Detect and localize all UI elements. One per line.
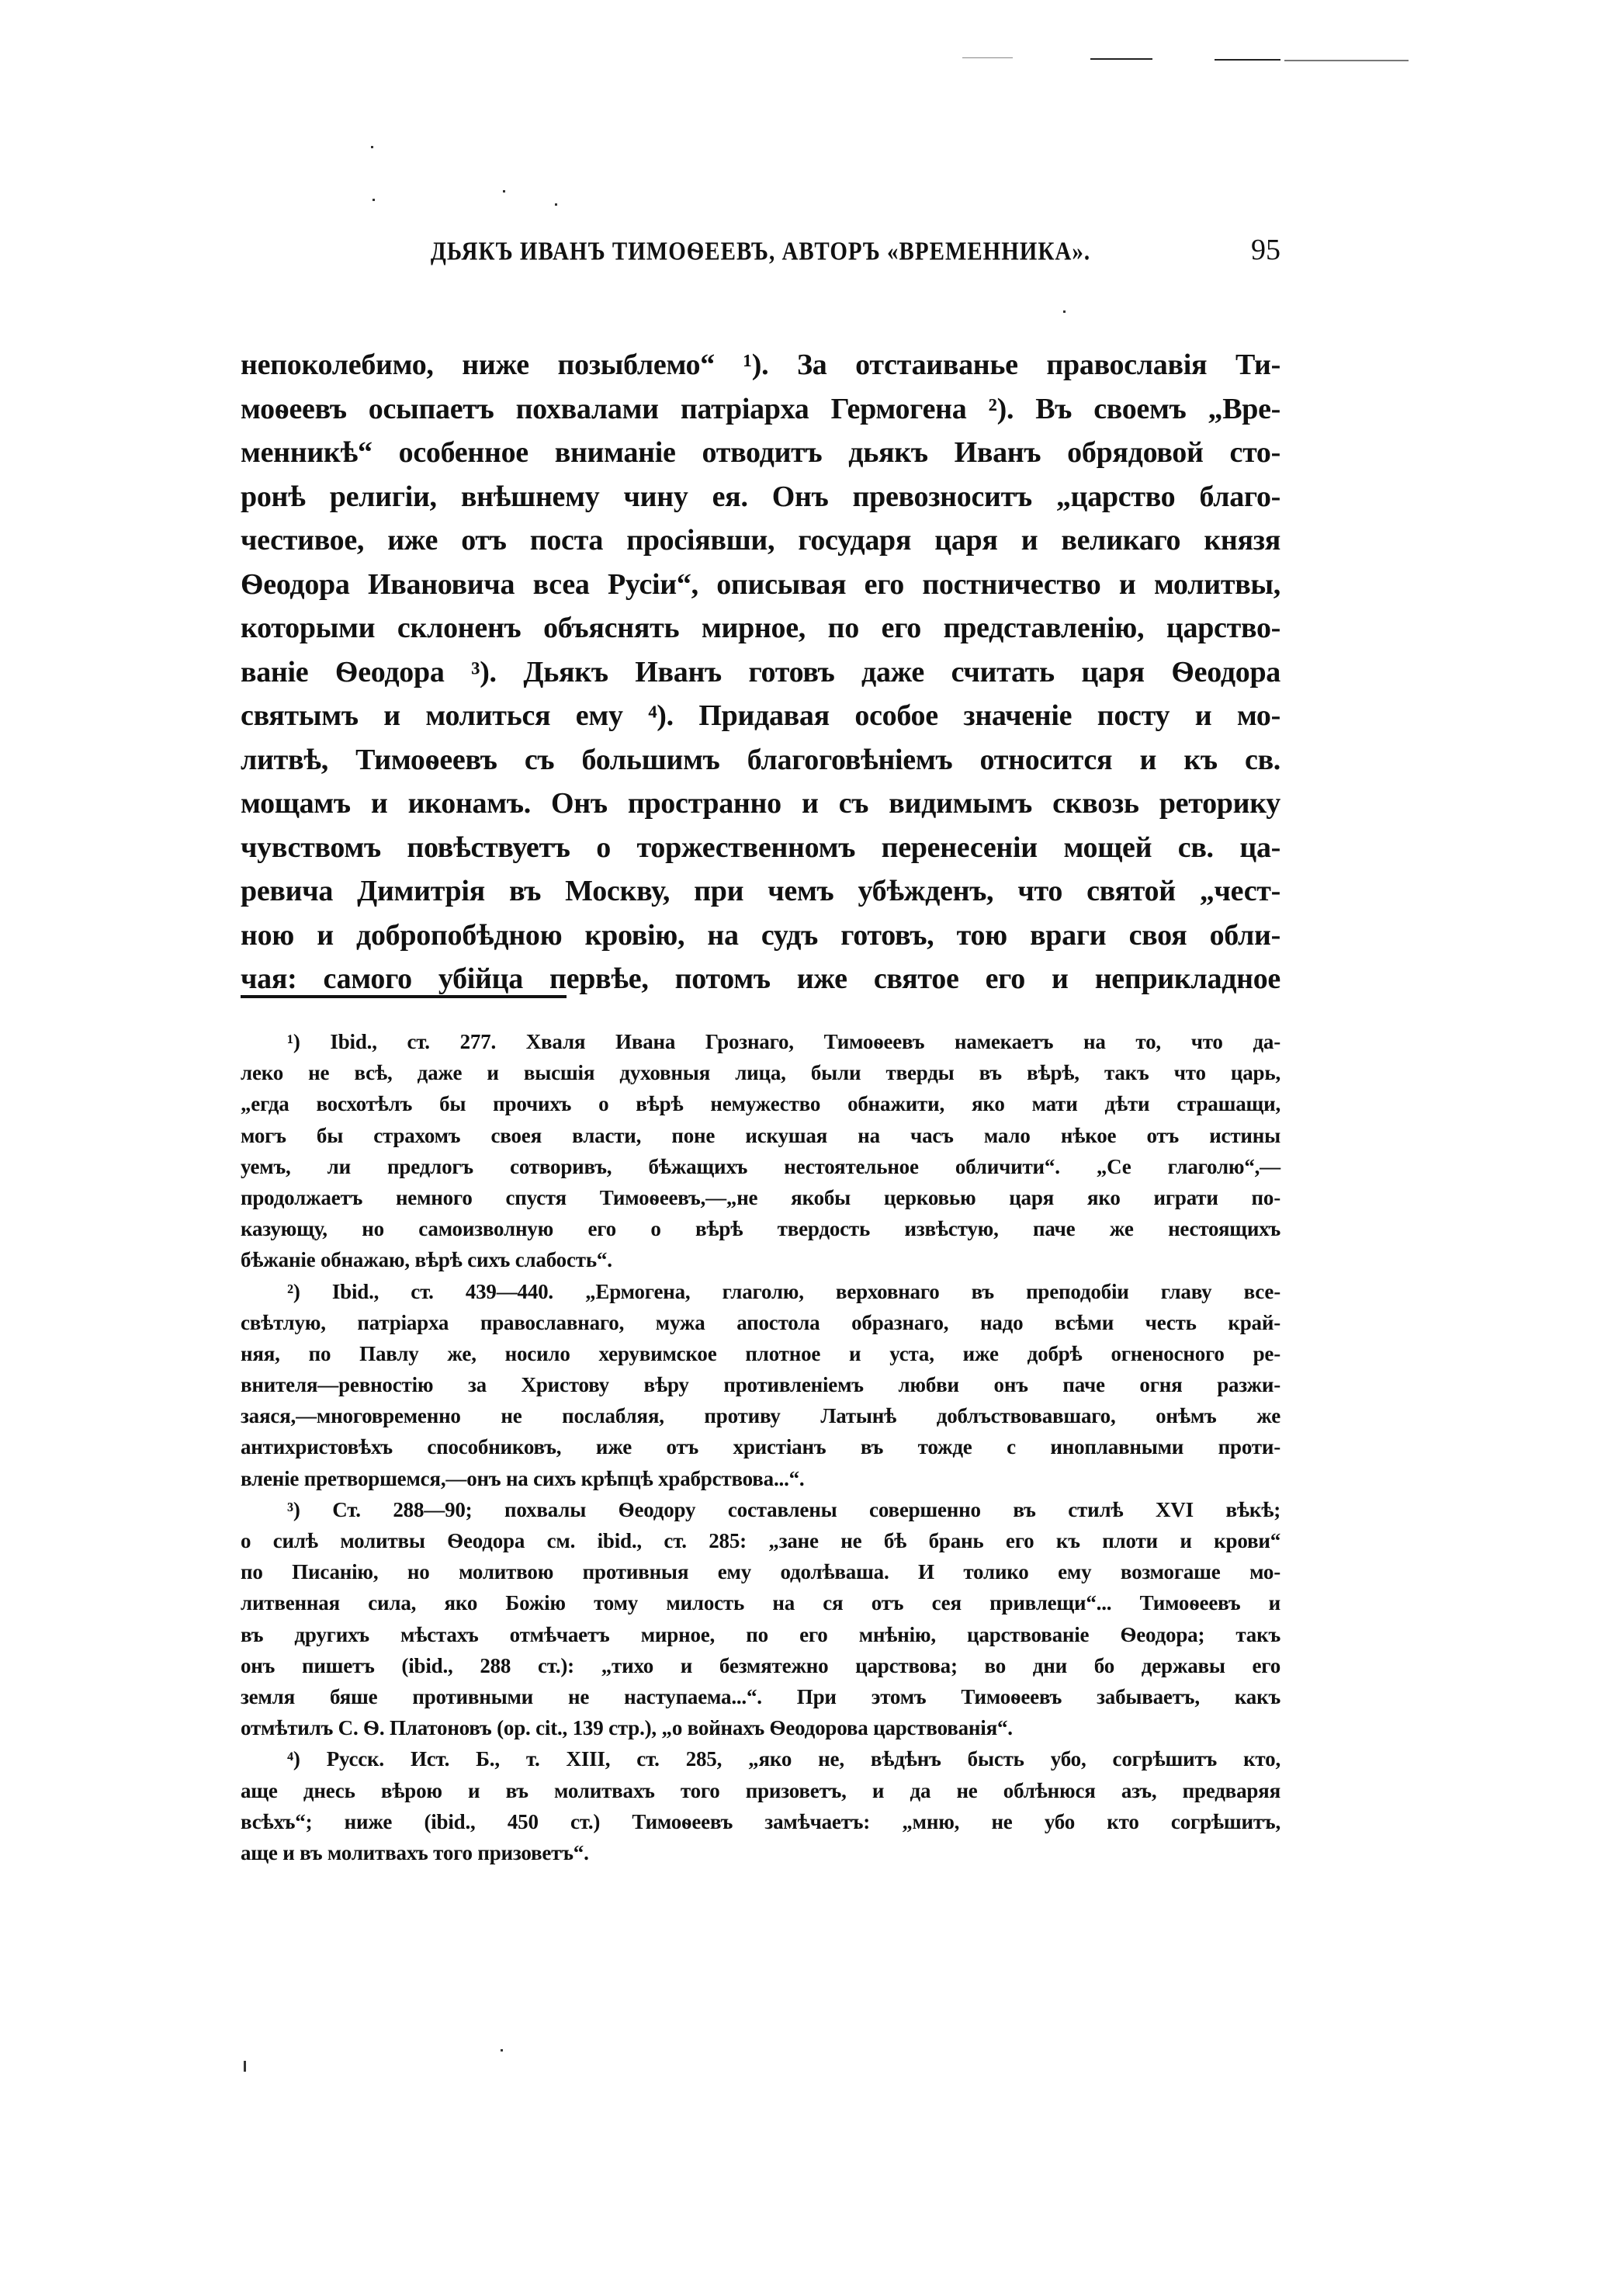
- body-line: которыми склоненъ объяснять мирное, по е…: [241, 606, 1280, 650]
- footnote-line: казующу, но самоизволную его о вѣрѣ твер…: [241, 1213, 1280, 1244]
- scan-artifact-line: [1215, 59, 1280, 61]
- footnote-2: ²) Ibid., ст. 439—440. „Ермогена, глагол…: [241, 1276, 1280, 1494]
- body-line: ваніе Ѳеодора ³). Дьякъ Иванъ готовъ даж…: [241, 650, 1280, 695]
- body-text: непоколебимо, ниже позыблемо“ ¹). За отс…: [241, 343, 1280, 1001]
- running-title: ДЬЯКЪ ИВАНЪ ТИМОѲЕЕВЪ, АВТОРЪ «ВРЕМЕННИК…: [241, 238, 1280, 267]
- body-line: ною и добропобѣдною кровію, на судъ гото…: [241, 914, 1280, 958]
- footnote-line: вленіе претворшемся,—онъ на сихъ крѣпцѣ …: [241, 1463, 1280, 1494]
- footnote-line: о силѣ молитвы Ѳеодора см. ibid., ст. 28…: [241, 1525, 1280, 1556]
- footnote-line: уемъ, ли предлогъ сотворивъ, бѣжащихъ не…: [241, 1151, 1280, 1182]
- scan-speck: [503, 190, 505, 192]
- body-line: святымъ и молиться ему ⁴). Придавая особ…: [241, 694, 1280, 738]
- footnote-1: ¹) Ibid., ст. 277. Хваля Ивана Грознаго,…: [241, 1026, 1280, 1276]
- footnote-line: продолжаетъ немного спустя Тимоѳеевъ,—„н…: [241, 1182, 1280, 1213]
- footnote-line: леко не всѣ, даже и высшія духовныя лица…: [241, 1057, 1280, 1088]
- scan-artifact-line: [1090, 58, 1152, 60]
- page-number: 95: [1251, 233, 1280, 267]
- body-line: мощамъ и иконамъ. Онъ пространно и съ ви…: [241, 782, 1280, 826]
- footnote-line: „егда восхотѣлъ бы прочихъ о вѣрѣ немуже…: [241, 1088, 1280, 1119]
- scan-speck: [373, 199, 375, 201]
- footnote-4: ⁴) Русск. Ист. Б., т. XIII, ст. 285, „як…: [241, 1743, 1280, 1868]
- footnote-line: аще и въ молитвахъ того призоветъ“.: [241, 1837, 1280, 1868]
- footnote-line: няя, по Павлу же, носило херувимское пло…: [241, 1338, 1280, 1369]
- footnote-line: свѣтлую, патріарха православнаго, мужа а…: [241, 1307, 1280, 1338]
- footnote-line: могъ бы страхомъ своея власти, поне иску…: [241, 1120, 1280, 1151]
- footnote-line: ²) Ibid., ст. 439—440. „Ермогена, глагол…: [241, 1276, 1280, 1307]
- footnote-line: по Писанію, но молитвою противныя ему од…: [241, 1556, 1280, 1587]
- body-line: менникѣ“ особенное вниманіе отводитъ дья…: [241, 431, 1280, 475]
- footnote-line: ¹) Ibid., ст. 277. Хваля Ивана Грознаго,…: [241, 1026, 1280, 1057]
- footnotes: ¹) Ibid., ст. 277. Хваля Ивана Грознаго,…: [241, 1026, 1280, 1868]
- body-line: Ѳеодора Ивановича всеа Русіи“, описывая …: [241, 563, 1280, 607]
- footnote-line: ³) Ст. 288—90; похвалы Ѳеодору составлен…: [241, 1494, 1280, 1525]
- scan-speck: [555, 203, 557, 206]
- footnote-line: земля бяше противными не наступаема...“.…: [241, 1681, 1280, 1712]
- body-line: ревича Димитрія въ Москву, при чемъ убѣж…: [241, 869, 1280, 914]
- scan-speck: [501, 2049, 503, 2051]
- running-head: ДЬЯКЪ ИВАНЪ ТИМОѲЕЕВЪ, АВТОРЪ «ВРЕМЕННИК…: [241, 231, 1280, 270]
- body-line: ронѣ религіи, внѣшнему чину ея. Онъ прев…: [241, 475, 1280, 519]
- body-line: моѳеевъ осыпаетъ похвалами патріарха Гер…: [241, 387, 1280, 432]
- footnote-line: аще днесь вѣрою и въ молитвахъ того приз…: [241, 1775, 1280, 1806]
- body-line: чувствомъ повѣствуетъ о торжественномъ п…: [241, 826, 1280, 870]
- footnote-3: ³) Ст. 288—90; похвалы Ѳеодору составлен…: [241, 1494, 1280, 1744]
- footnote-line: всѣхъ“; ниже (ibid., 450 ст.) Тимоѳеевъ …: [241, 1806, 1280, 1837]
- scan-speck: [371, 146, 373, 148]
- body-line: честивое, иже отъ поста просіявши, госуд…: [241, 519, 1280, 563]
- footnote-line: бѣжаніе обнажаю, вѣрѣ сихъ слабость“.: [241, 1244, 1280, 1275]
- footnote-line: ⁴) Русск. Ист. Б., т. XIII, ст. 285, „як…: [241, 1743, 1280, 1774]
- footnote-rule: [241, 995, 567, 998]
- body-line: непоколебимо, ниже позыблемо“ ¹). За отс…: [241, 343, 1280, 387]
- footnote-line: въ другихъ мѣстахъ отмѣчаетъ мирное, по …: [241, 1619, 1280, 1650]
- scan-speck: [1063, 310, 1066, 313]
- footnote-line: внителя—ревностію за Христову вѣру проти…: [241, 1369, 1280, 1400]
- body-line: литвѣ, Тимоѳеевъ съ большимъ благоговѣні…: [241, 738, 1280, 782]
- footnote-line: литвенная сила, яко Божію тому милость н…: [241, 1587, 1280, 1618]
- footnote-line: онъ пишетъ (ibid., 288 ст.): „тихо и без…: [241, 1650, 1280, 1681]
- scan-artifact-line: [1284, 60, 1409, 61]
- scan-artifact-line: [962, 57, 1013, 58]
- footnote-line: антихристовѣхъ способниковъ, иже отъ хри…: [241, 1431, 1280, 1462]
- footnote-line: отмѣтилъ С. Ѳ. Платоновъ (op. cit., 139 …: [241, 1712, 1280, 1743]
- scan-speck: [244, 2061, 246, 2072]
- footnote-line: заяся,—многовременно не послабляя, проти…: [241, 1400, 1280, 1431]
